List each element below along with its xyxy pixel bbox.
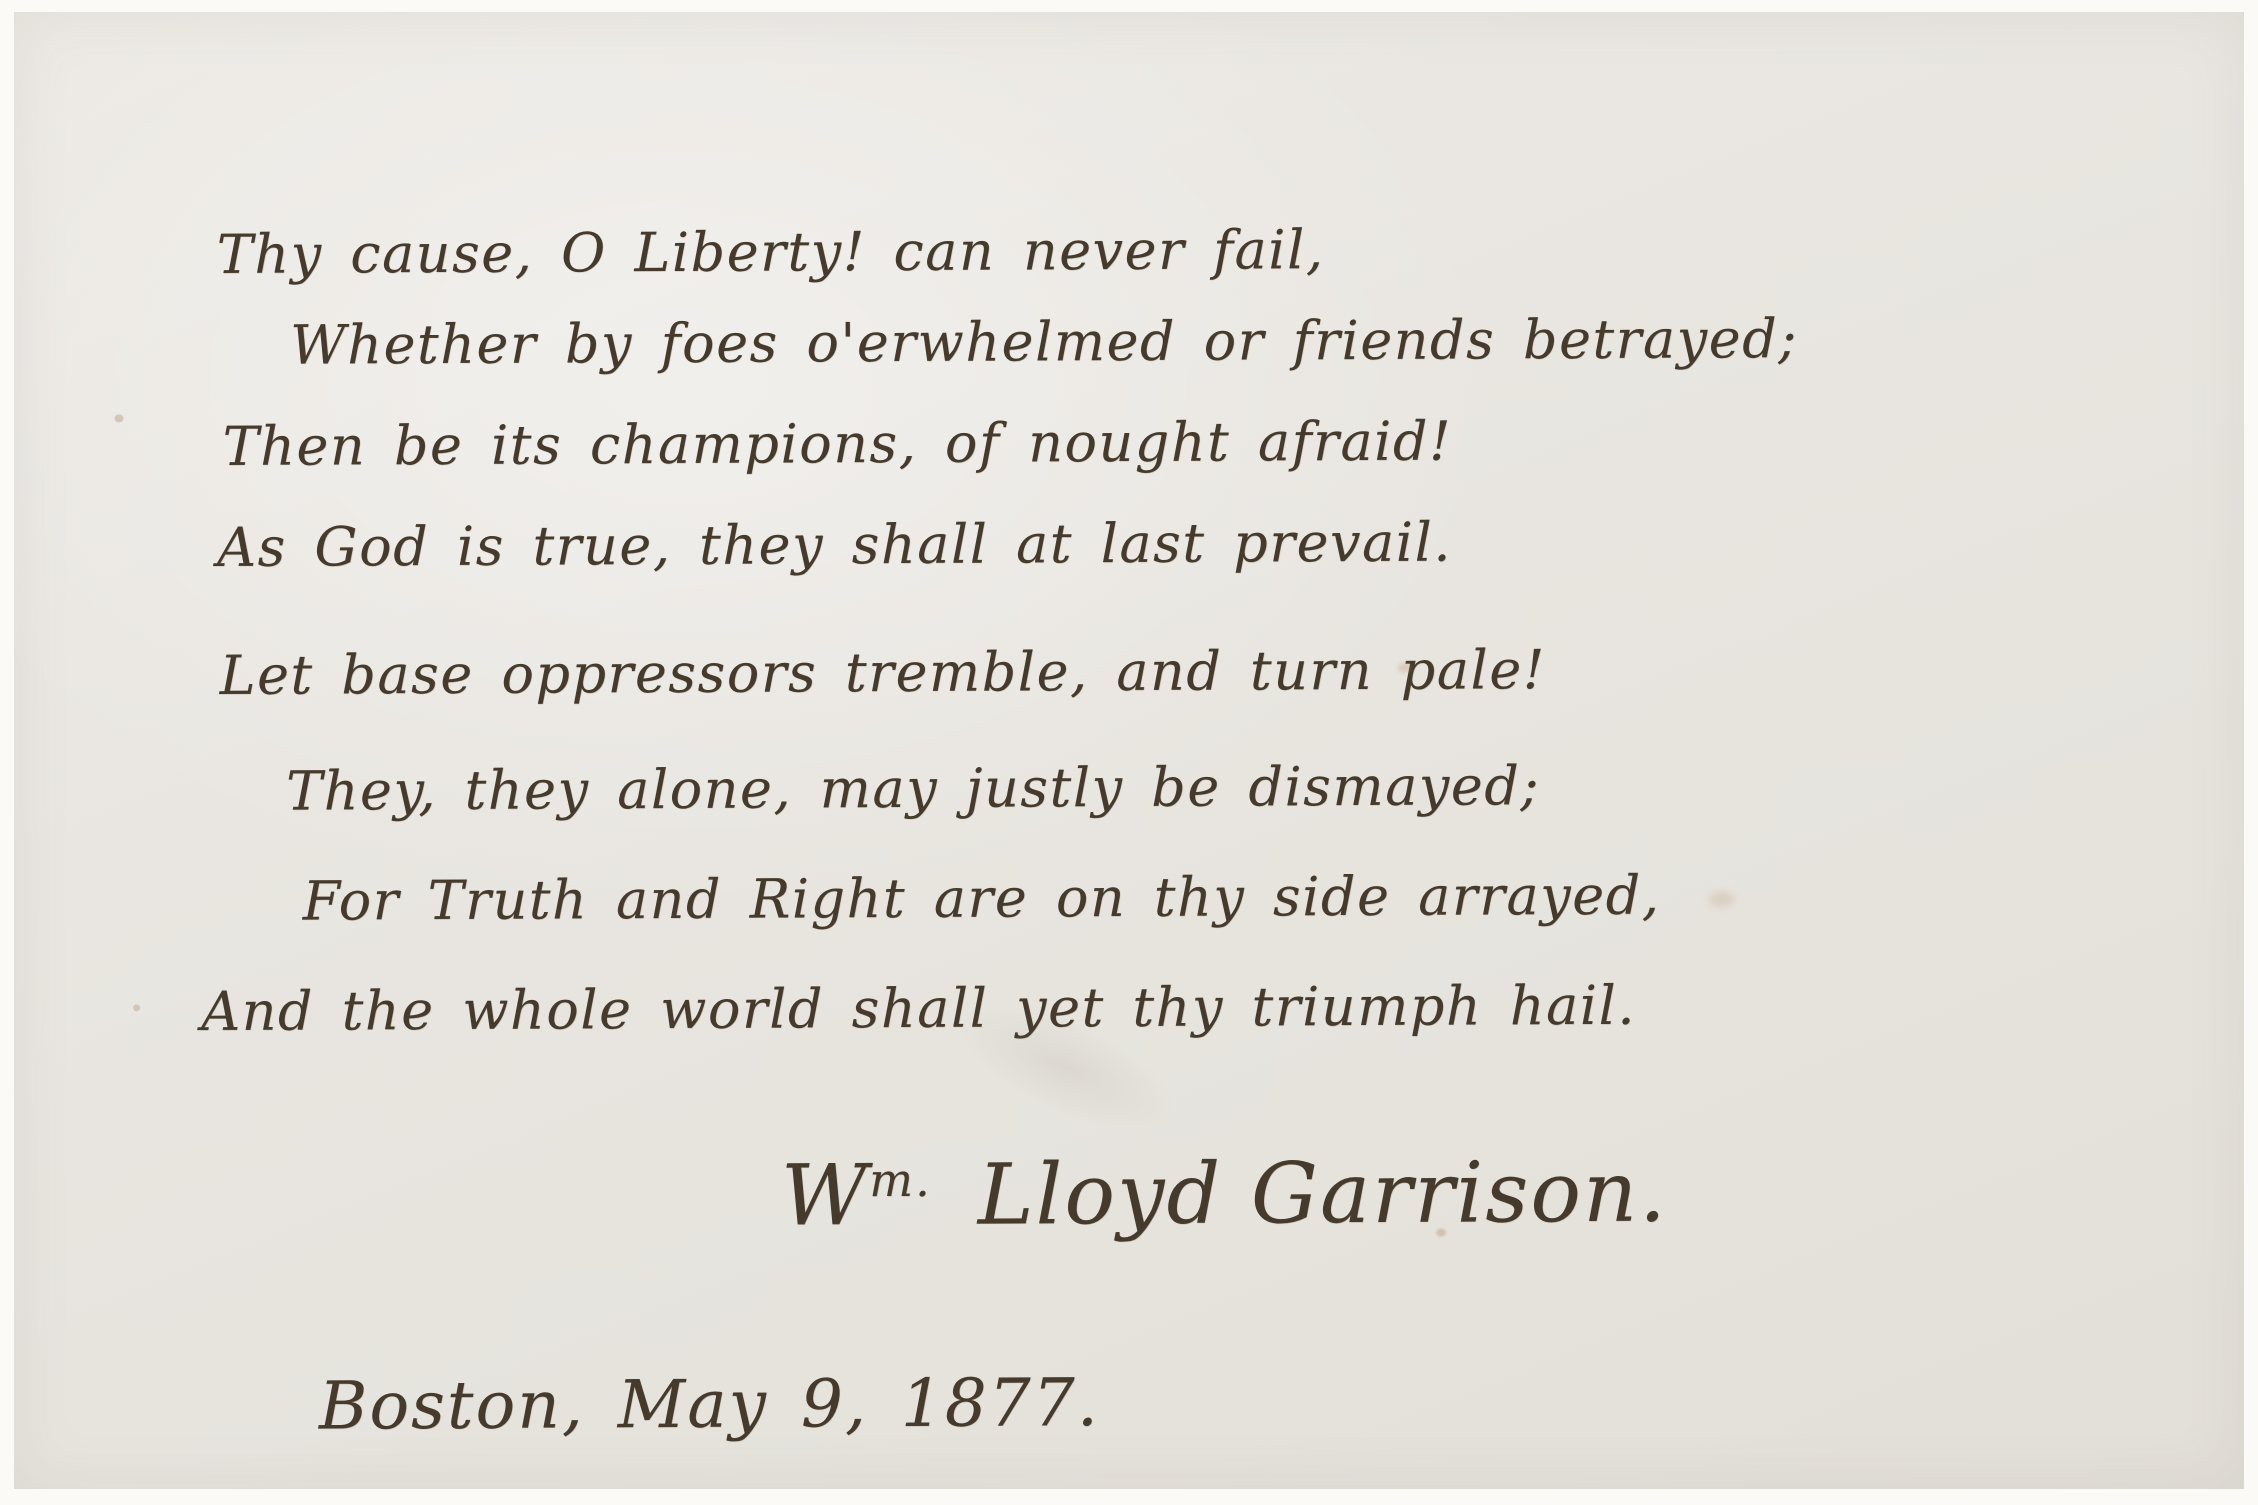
foxing-spot: [115, 414, 124, 422]
signature: Wm.Lloyd Garrison.: [781, 1150, 1668, 1238]
poem-line-5: Let base oppressors tremble, and turn pa…: [220, 643, 1546, 703]
signature-name: Lloyd Garrison.: [978, 1143, 1668, 1244]
poem-line-8: And the whole world shall yet thy triump…: [201, 979, 1636, 1039]
poem-line-3: Then be its champions, of nought afraid!: [223, 415, 1453, 474]
poem-line-1: Thy cause, O Liberty! can never fail,: [217, 223, 1325, 282]
poem-line-4: As God is true, they shall at last preva…: [217, 516, 1452, 575]
foxing-spot: [133, 1004, 140, 1011]
poem-line-6: They, they alone, may justly be dismayed…: [286, 759, 1540, 818]
foxing-spot: [1709, 891, 1735, 907]
dateline: Boston, May 9, 1877.: [319, 1370, 1100, 1439]
signature-abbrev-superscript: m.: [869, 1153, 932, 1207]
manuscript-content: Thy cause, O Liberty! can never fail, Wh…: [14, 12, 2244, 1489]
signature-abbrev: W: [781, 1146, 870, 1244]
manuscript-paper: Thy cause, O Liberty! can never fail, Wh…: [14, 12, 2244, 1489]
poem-line-2: Whether by foes o'erwhelmed or friends b…: [290, 312, 1798, 373]
photo-frame: Thy cause, O Liberty! can never fail, Wh…: [0, 0, 2258, 1505]
poem-line-7: For Truth and Right are on thy side arra…: [303, 869, 1661, 929]
